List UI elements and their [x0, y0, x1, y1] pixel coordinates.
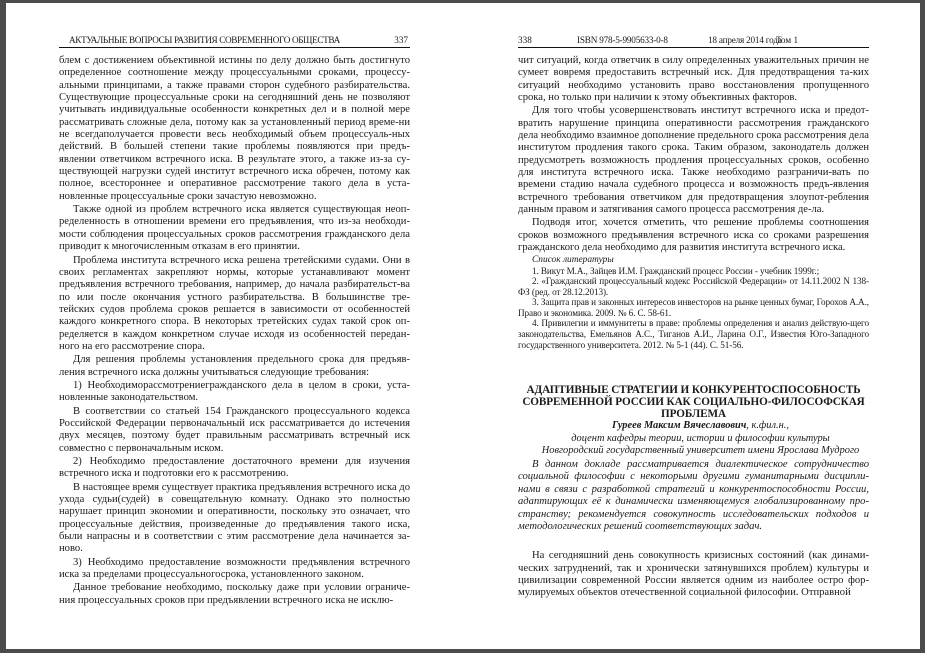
- author-degree: , к.фил.н.,: [746, 420, 789, 431]
- article-title-line: ПРОБЛЕМА: [518, 408, 869, 420]
- page-number: 337: [394, 34, 408, 46]
- list-item: 2) Необходимо предоставление достаточног…: [59, 456, 410, 481]
- list-item: 1) Необходиморассмотрениегражданского де…: [59, 380, 410, 405]
- left-page: АКТУАЛЬНЫЕ ВОПРОСЫ РАЗВИТИЯ СОВРЕМЕННОГО…: [59, 3, 410, 649]
- reference-item: 3. Защита прав и законных интересов инве…: [518, 297, 869, 318]
- references-title: Список литературы: [518, 255, 869, 266]
- article-title-line: АДАПТИВНЫЕ СТРАТЕГИИ И КОНКУРЕНТОСПОСОБН…: [518, 384, 869, 396]
- paragraph: Данное требование необходимо, поскольку …: [59, 582, 410, 607]
- conference-date: 18 апреля 2014 года: [708, 34, 782, 46]
- article-title: АДАПТИВНЫЕ СТРАТЕГИИ И КОНКУРЕНТОСПОСОБН…: [518, 384, 869, 420]
- paragraph: На сегодняшний день совокупность кризисн…: [518, 550, 869, 599]
- page-body: блем с достижением объективной истины по…: [59, 55, 410, 607]
- volume: Том 1: [776, 34, 798, 46]
- paragraph: В настоящее время существует практика пр…: [59, 482, 410, 556]
- paragraph: Также одной из проблем встречного иска я…: [59, 204, 410, 253]
- reference-item: 4. Привилегии и иммунитеты в праве: проб…: [518, 318, 869, 350]
- page-body: чит ситуаций, когда ответчик в силу опре…: [518, 55, 869, 600]
- author-line: Гуреев Максим Вячеславович, к.фил.н.,: [518, 420, 869, 432]
- paragraph: блем с достижением объективной истины по…: [59, 55, 410, 203]
- isbn: ISBN 978-5-9905633-0-8: [577, 34, 668, 46]
- journal-title: АКТУАЛЬНЫЕ ВОПРОСЫ РАЗВИТИЯ СОВРЕМЕННОГО…: [69, 34, 340, 46]
- document-spread: АКТУАЛЬНЫЕ ВОПРОСЫ РАЗВИТИЯ СОВРЕМЕННОГО…: [6, 3, 920, 649]
- abstract: В данном докладе рассматривается диалект…: [518, 459, 869, 533]
- author-position: доцент кафедры теории, истории и философ…: [518, 433, 869, 445]
- right-page: 338 ISBN 978-5-9905633-0-8 18 апреля 201…: [518, 3, 869, 649]
- paragraph: Проблема института встречного иска решен…: [59, 255, 410, 354]
- paragraph: Для решения проблемы установления предел…: [59, 354, 410, 379]
- author-name: Гуреев Максим Вячеславович: [612, 420, 746, 431]
- paragraph: Подводя итог, хочется отметить, что реше…: [518, 217, 869, 254]
- paragraph: Для того чтобы усовершенствовать институ…: [518, 105, 869, 216]
- article-title-line: СОВРЕМЕННОЙ РОССИИ КАК СОЦИАЛЬНО-ФИЛОСОФ…: [518, 396, 869, 408]
- running-header: АКТУАЛЬНЫЕ ВОПРОСЫ РАЗВИТИЯ СОВРЕМЕННОГО…: [59, 33, 410, 48]
- author-affiliation: Новгородский государственный университет…: [518, 445, 869, 457]
- reference-item: 1. Викут М.А., Зайцев И.М. Гражданский п…: [518, 266, 869, 277]
- page-number: 338: [518, 34, 532, 46]
- list-item: 3) Необходимо предоставление возможности…: [59, 557, 410, 582]
- paragraph: чит ситуаций, когда ответчик в силу опре…: [518, 55, 869, 104]
- paragraph: В соответствии со статьей 154 Гражданско…: [59, 406, 410, 455]
- references: Список литературы 1. Викут М.А., Зайцев …: [518, 255, 869, 351]
- reference-item: 2. «Гражданский процессуальный кодекс Ро…: [518, 276, 869, 297]
- running-header: 338 ISBN 978-5-9905633-0-8 18 апреля 201…: [518, 33, 869, 48]
